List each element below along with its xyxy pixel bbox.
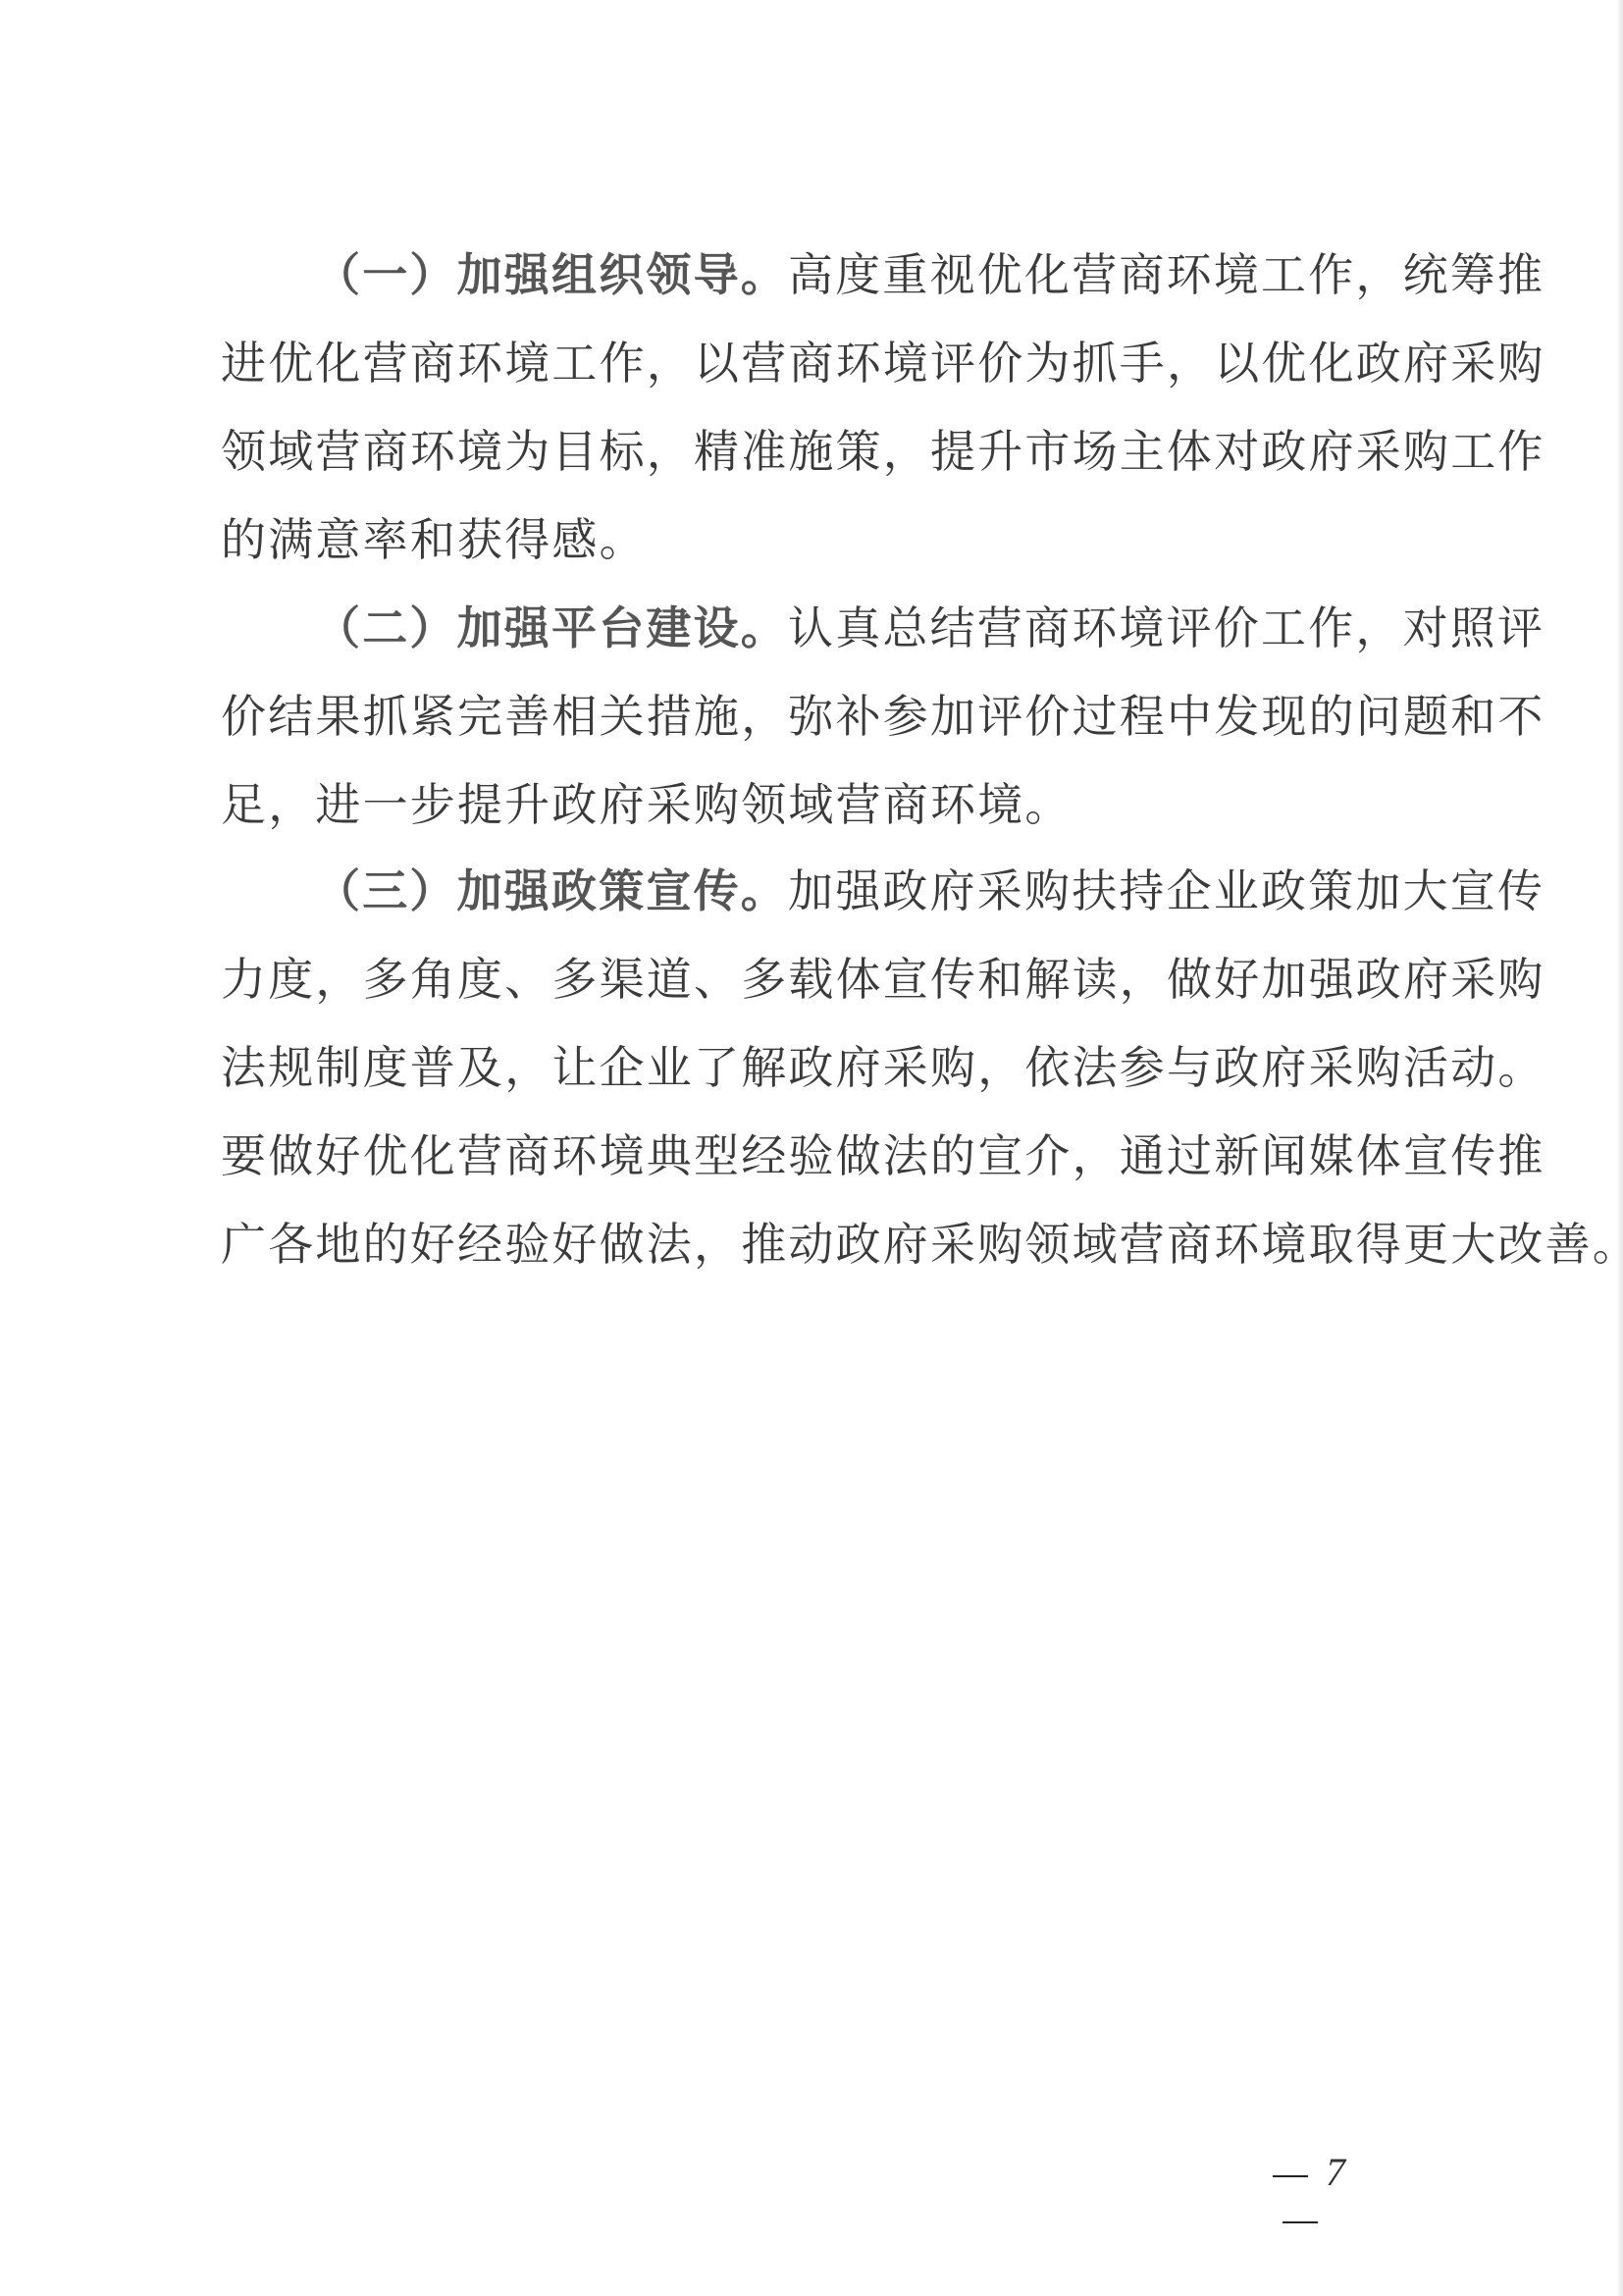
dash-right bbox=[1283, 2221, 1318, 2223]
text-line: 法规制度普及，让企业了解政府采购，依法参与政府采购活动。 bbox=[221, 1023, 1408, 1112]
text-line: 进优化营商环境工作，以营商环境评价为抓手，以优化政府采购 bbox=[221, 319, 1408, 407]
text-line: 认真总结营商环境评价工作，对照评 bbox=[788, 601, 1544, 654]
paragraph-first-line: （一）加强组织领导。高度重视优化营商环境工作，统筹推 bbox=[221, 231, 1408, 319]
page-number-value: 7 bbox=[1326, 2150, 1345, 2194]
text-line: 要做好优化营商环境典型经验做法的宣介，通过新闻媒体宣传推 bbox=[221, 1112, 1408, 1200]
page-number: 7 bbox=[1231, 2149, 1369, 2241]
text-line: 加强政府采购扶持企业政策加大宣传 bbox=[788, 864, 1544, 917]
text-line: 力度，多角度、多渠道、多载体宣传和解读，做好加强政府采购 bbox=[221, 935, 1408, 1023]
paragraph-first-line: （二）加强平台建设。认真总结营商环境评价工作，对照评 bbox=[221, 584, 1408, 672]
text-line: 的满意率和获得感。 bbox=[221, 496, 1408, 584]
text-line: 价结果抓紧完善相关措施，弥补参加评价过程中发现的问题和不 bbox=[221, 672, 1408, 760]
text-line: 领域营商环境为目标，精准施策，提升市场主体对政府采购工作 bbox=[221, 407, 1408, 496]
paragraph-organization-leadership: （一）加强组织领导。高度重视优化营商环境工作，统筹推 进优化营商环境工作，以营商… bbox=[221, 231, 1408, 584]
section-heading: （一）加强组织领导。 bbox=[315, 248, 788, 301]
scan-page-edge bbox=[1617, 0, 1623, 2296]
dash-left bbox=[1273, 2175, 1308, 2177]
paragraph-platform-construction: （二）加强平台建设。认真总结营商环境评价工作，对照评 价结果抓紧完善相关措施，弥… bbox=[221, 584, 1408, 849]
paragraph-policy-promotion: （三）加强政策宣传。加强政府采购扶持企业政策加大宣传 力度，多角度、多渠道、多载… bbox=[221, 847, 1408, 1288]
section-heading: （三）加强政策宣传。 bbox=[315, 864, 788, 917]
text-line: 高度重视优化营商环境工作，统筹推 bbox=[788, 248, 1544, 301]
paragraph-first-line: （三）加强政策宣传。加强政府采购扶持企业政策加大宣传 bbox=[221, 847, 1408, 935]
text-line: 足，进一步提升政府采购领域营商环境。 bbox=[221, 760, 1408, 849]
section-heading: （二）加强平台建设。 bbox=[315, 601, 788, 654]
text-line: 广各地的好经验好做法，推动政府采购领域营商环境取得更大改善。 bbox=[221, 1200, 1408, 1288]
